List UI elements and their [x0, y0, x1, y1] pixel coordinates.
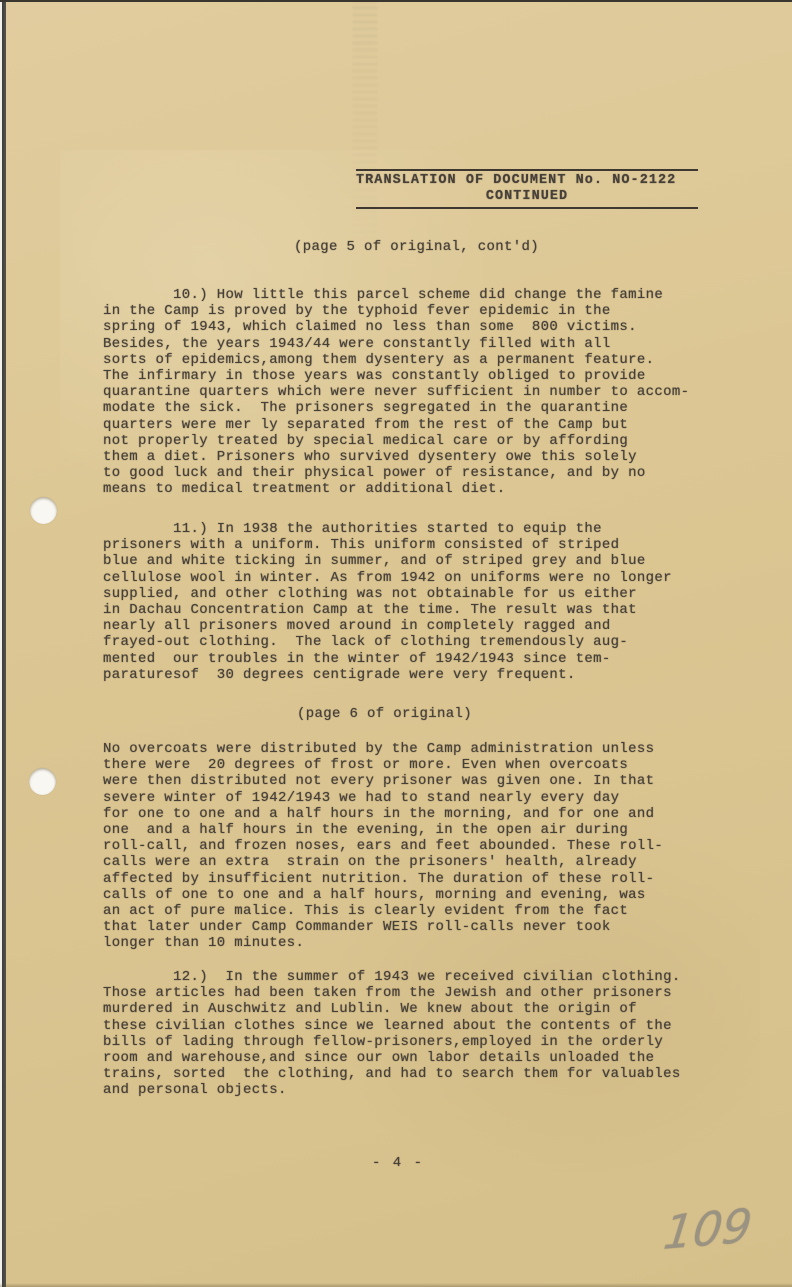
- paragraph-12: 12.) In the summer of 1943 we received c…: [103, 969, 723, 1099]
- page-number: - 4 -: [372, 1155, 424, 1171]
- paragraph-overcoats: No overcoats were distributed by the Cam…: [103, 741, 723, 952]
- hole-punch-bottom: [29, 768, 56, 795]
- scan-edge-left-shadow: [2, 0, 6, 1287]
- scan-edge-bottom: [0, 1283, 792, 1287]
- smudge-mark: [352, 0, 378, 275]
- paragraph-11: 11.) In 1938 the authorities started to …: [103, 521, 723, 683]
- hole-punch-top: [30, 497, 57, 524]
- document-header: TRANSLATION OF DOCUMENT No. NO-2122 CONT…: [356, 169, 698, 209]
- document-title-continued: CONTINUED: [356, 189, 698, 204]
- page6-of-original-marker: (page 6 of original): [297, 706, 472, 722]
- document-title: TRANSLATION OF DOCUMENT No. NO-2122: [356, 173, 698, 189]
- handwritten-page-number: 109: [661, 1198, 755, 1260]
- page5-of-original-marker: (page 5 of original, cont'd): [294, 239, 539, 255]
- scan-edge-top: [0, 0, 792, 2]
- scanned-document-page: TRANSLATION OF DOCUMENT No. NO-2122 CONT…: [0, 0, 792, 1287]
- paragraph-10: 10.) How little this parcel scheme did c…: [103, 287, 723, 498]
